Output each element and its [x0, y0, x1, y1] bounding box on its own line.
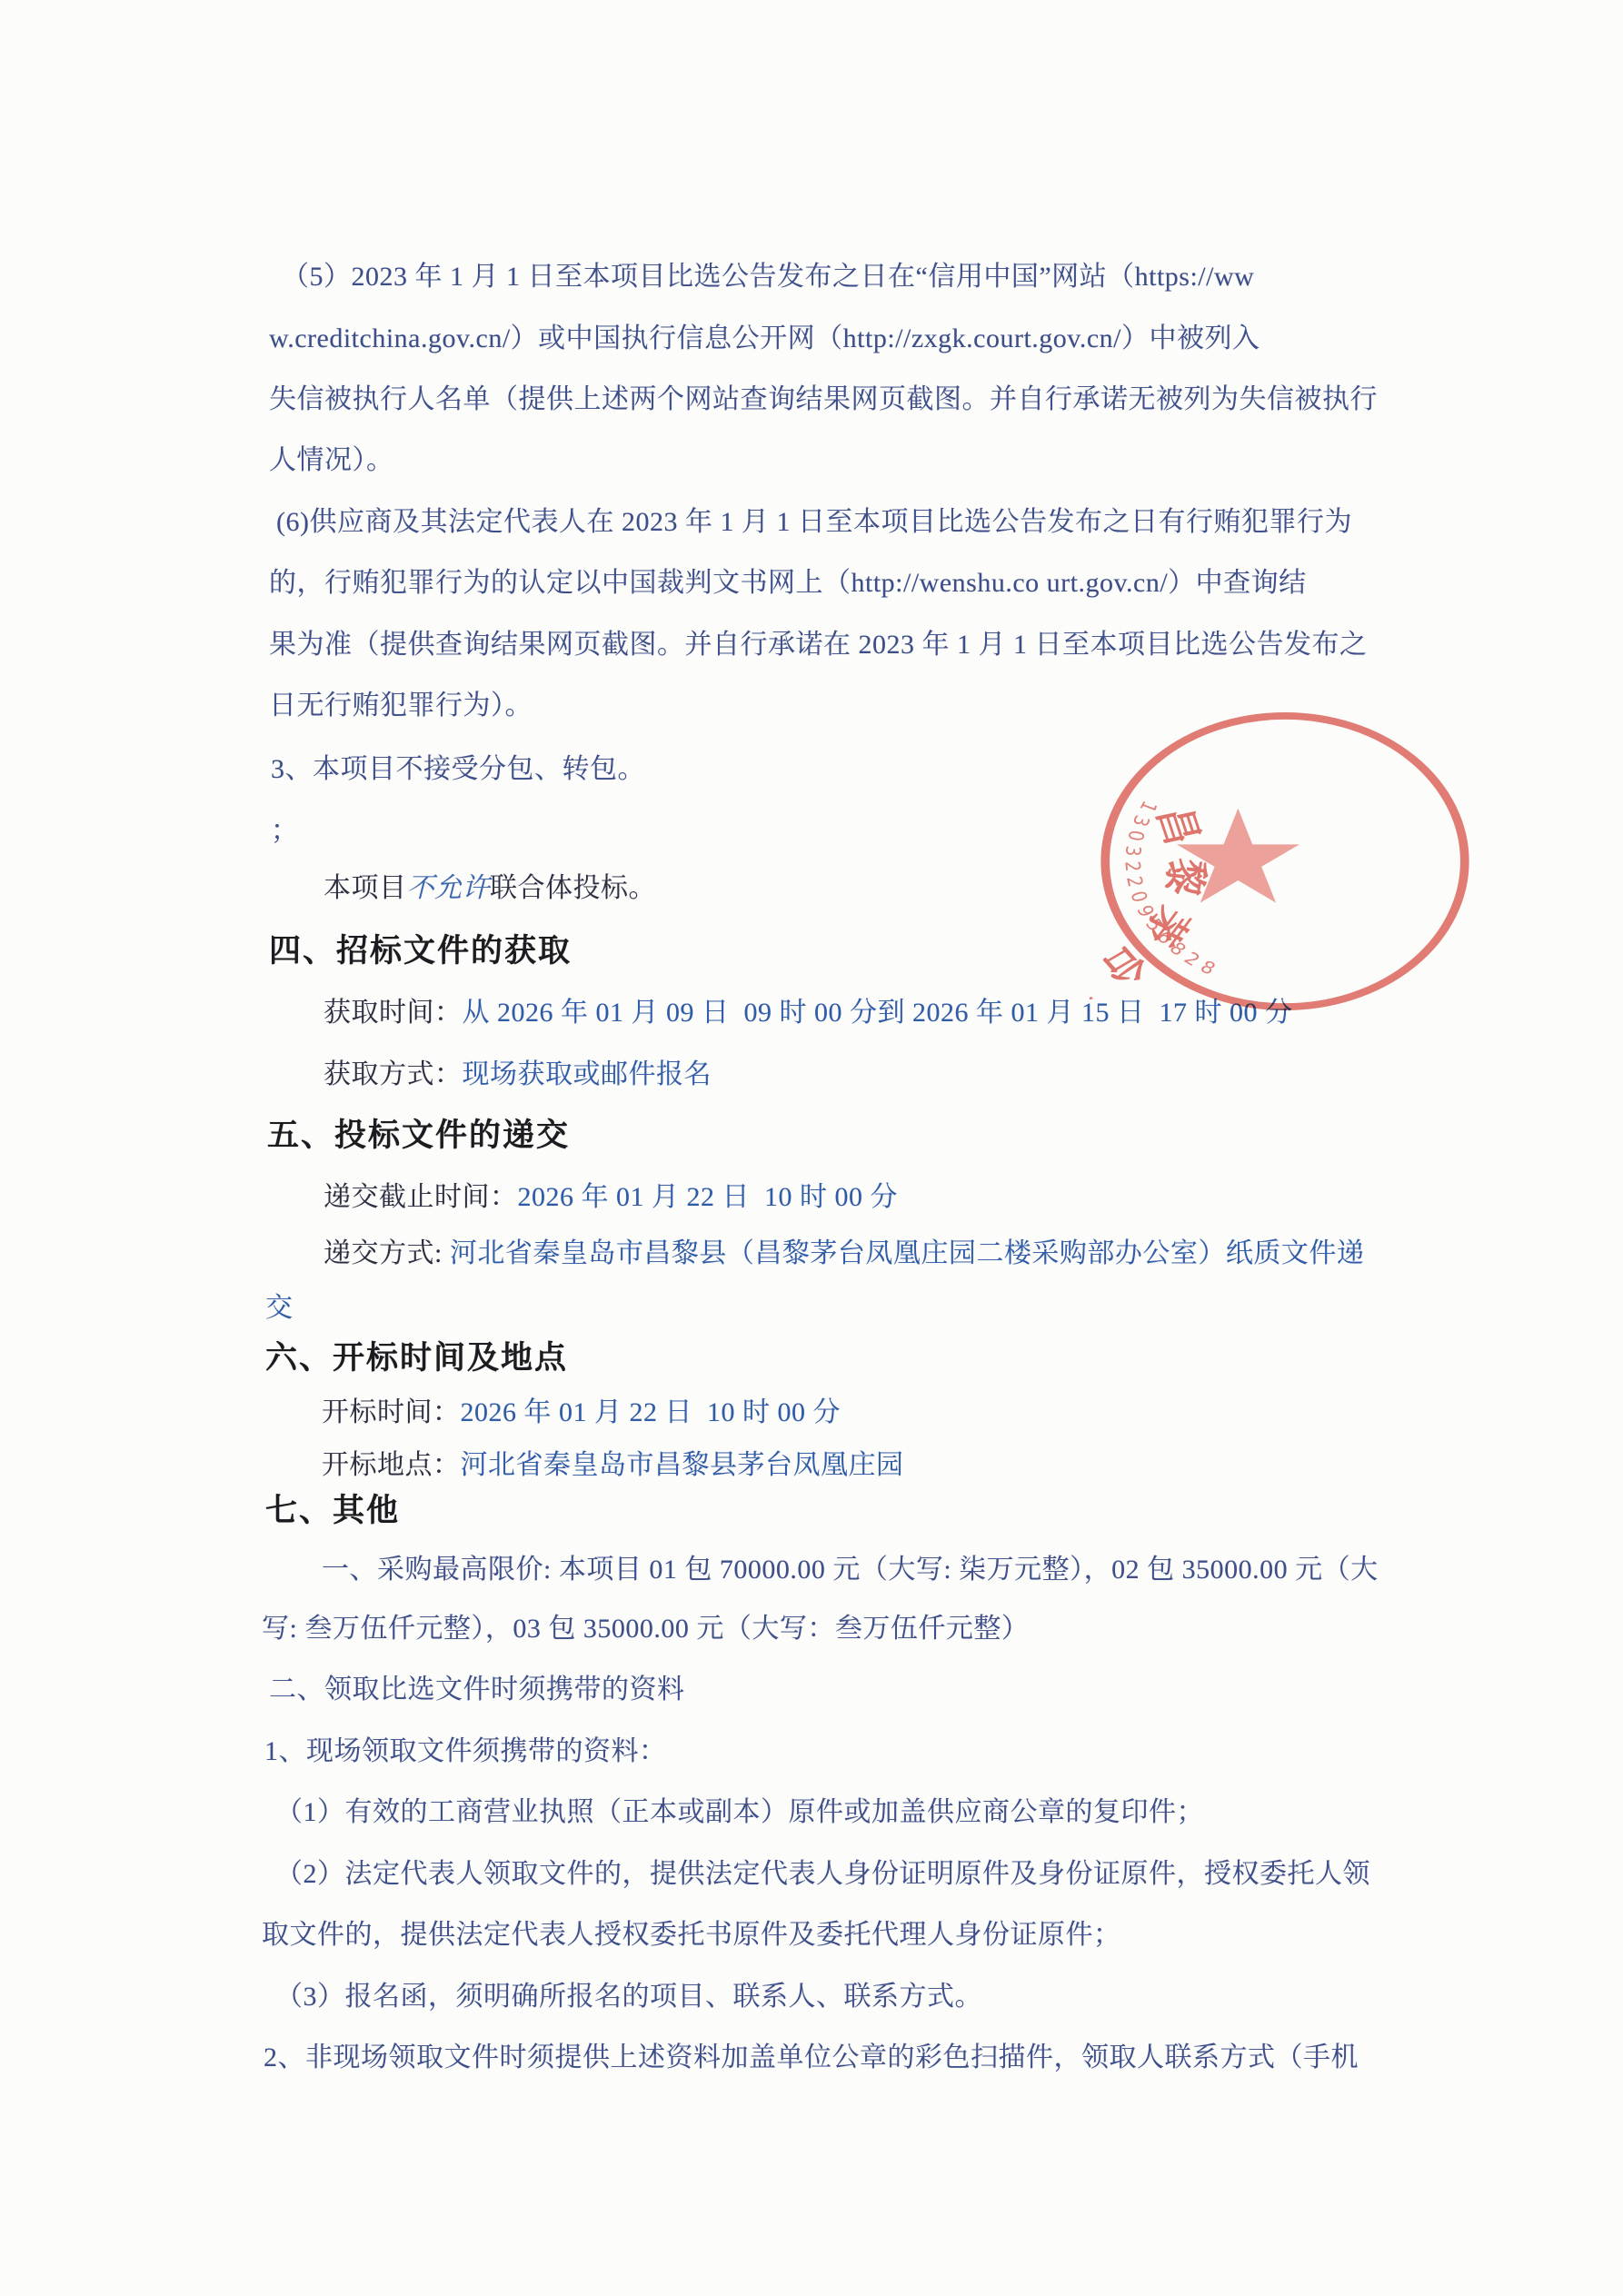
onsite-materials-line: 1、现场领取文件须携带的资料：: [264, 1734, 667, 1769]
submission-method-continuation: 交: [265, 1291, 294, 1326]
section-6-heading: 六、开标时间及地点: [265, 1339, 568, 1377]
obtain-method-line: 获取方式：现场获取或邮件报名: [324, 1058, 712, 1092]
clause-6-line-1: (6)供应商及其法定代表人在 2023 年 1 月 1 日至本项目比选公告发布之…: [276, 505, 1352, 540]
clause-6-line-2: 的，行贿犯罪行为的认定以中国裁判文书网上（http://wenshu.co ur…: [269, 566, 1307, 601]
bid-opening-time-line: 开标时间：2026 年 01 月 22 日 10 时 00 分: [322, 1396, 841, 1430]
text-segment-value: 交: [265, 1293, 294, 1323]
submission-deadline-line: 递交截止时间：2026 年 01 月 22 日 10 时 00 分: [324, 1180, 898, 1215]
clause-6-line-3: 果为准（提供查询结果网页截图。并自行承诺在 2023 年 1 月 1 日至本项目…: [269, 628, 1368, 662]
text-segment-body: ；: [271, 816, 299, 846]
text-segment-body: （3）报名函，须明确所报名的项目、联系人、联系方式。: [275, 1982, 982, 2012]
submission-method-line: 递交方式: 河北省秦皇岛市昌黎县（昌黎茅台凤凰庄园二楼采购部办公室）纸质文件递: [324, 1237, 1364, 1271]
text-segment-body: 人情况）。: [269, 445, 394, 475]
clause-5-line-2: w.creditchina.gov.cn/）或中国执行信息公开网（http://…: [269, 322, 1260, 356]
offsite-collection-line: 2、非现场领取文件时须提供上述资料加盖单位公章的彩色扫描件，领取人联系方式（手机: [264, 2041, 1359, 2075]
bid-opening-place-line: 开标地点：河北省秦皇岛市昌黎县茅台凤凰庄园: [322, 1448, 904, 1483]
text-segment-dark: 本项目: [324, 873, 407, 903]
text-segment-dark: 开标时间：: [322, 1397, 461, 1427]
text-segment-italic: 不允许: [407, 873, 491, 903]
text-segment-body: 二、领取比选文件时须携带的资料: [269, 1675, 685, 1705]
text-segment-value: 现场获取或邮件报名: [463, 1059, 712, 1089]
material-2-legal-rep-line-1: （2）法定代表人领取文件的，提供法定代表人身份证明原件及身份证原件，授权委托人领: [275, 1857, 1370, 1892]
stamp-ring: [1105, 716, 1465, 1007]
text-segment-body: 2、非现场领取文件时须提供上述资料加盖单位公章的彩色扫描件，领取人联系方式（手机: [264, 2043, 1359, 2072]
text-segment-body: 取文件的，提供法定代表人授权委托书原件及委托代理人身份证原件；: [262, 1920, 1121, 1950]
text-segment-body: 日无行贿犯罪行为）。: [269, 691, 533, 721]
text-segment-body: （1）有效的工商营业执照（正本或副本）原件或加盖供应商公章的复印件；: [275, 1797, 1204, 1827]
text-segment-dark: 递交方式:: [324, 1238, 450, 1268]
material-2-legal-rep-line-2: 取文件的，提供法定代表人授权委托书原件及委托代理人身份证原件；: [262, 1918, 1121, 1953]
text-segment-body: 失信被执行人名单（提供上述两个网站查询结果网页截图。并自行承诺无被列为失信被执行: [269, 384, 1378, 414]
text-segment-value: 河北省秦皇岛市昌黎县（昌黎茅台凤凰庄园二楼采购部办公室）纸质文件递: [450, 1238, 1365, 1268]
clause-5-line-4: 人情况）。: [269, 443, 394, 478]
max-price-line-2: 写: 叁万伍仟元整），03 包 35000.00 元（大写：叁万伍仟元整）: [262, 1612, 1029, 1646]
text-segment-body: (6)供应商及其法定代表人在 2023 年 1 月 1 日至本项目比选公告发布之…: [276, 507, 1352, 537]
text-segment-body: 3、本项目不接受分包、转包。: [271, 754, 645, 784]
material-1-license: （1）有效的工商营业执照（正本或副本）原件或加盖供应商公章的复印件；: [275, 1795, 1204, 1830]
section-7-heading: 七、其他: [265, 1492, 400, 1530]
text-segment-body: （2）法定代表人领取文件的，提供法定代表人身份证明原件及身份证原件，授权委托人领: [275, 1859, 1370, 1889]
stray-semicolon: ；: [271, 814, 299, 849]
text-segment-dark: 获取方式：: [324, 1059, 463, 1089]
text-segment-heading: 四、招标文件的获取: [269, 933, 572, 969]
section-4-heading: 四、招标文件的获取: [269, 932, 572, 970]
text-segment-dark: 联合体投标。: [490, 873, 656, 903]
material-3-application-letter: （3）报名函，须明确所报名的项目、联系人、联系方式。: [275, 1980, 982, 2014]
text-segment-heading: 六、开标时间及地点: [265, 1340, 568, 1376]
text-segment-value: 河北省秦皇岛市昌黎县茅台凤凰庄园: [461, 1450, 904, 1480]
text-segment-body: 1、现场领取文件须携带的资料：: [264, 1736, 667, 1766]
clause-6-line-4: 日无行贿犯罪行为）。: [269, 689, 533, 723]
materials-required-heading: 二、领取比选文件时须携带的资料: [269, 1673, 685, 1707]
max-price-line-1: 一、采购最高限价: 本项目 01 包 70000.00 元（大写: 柒万元整），…: [322, 1553, 1379, 1587]
text-segment-body: 果为准（提供查询结果网页截图。并自行承诺在 2023 年 1 月 1 日至本项目…: [269, 630, 1368, 660]
no-consortium-note: 本项目不允许联合体投标。: [324, 871, 656, 906]
company-seal-stamp: 昌黎茅台葡萄酒经贸有限公司 13032209568286: [1090, 703, 1480, 1019]
text-segment-body: 写: 叁万伍仟元整），03 包 35000.00 元（大写：叁万伍仟元整）: [262, 1614, 1029, 1644]
text-segment-heading: 七、其他: [265, 1493, 400, 1528]
scanned-document-page: （5）2023 年 1 月 1 日至本项目比选公告发布之日在“信用中国”网站（h…: [0, 0, 1623, 2296]
text-segment-body: w.creditchina.gov.cn/）或中国执行信息公开网（http://…: [269, 323, 1260, 353]
clause-5-line-3: 失信被执行人名单（提供上述两个网站查询结果网页截图。并自行承诺无被列为失信被执行: [269, 383, 1378, 417]
text-segment-heading: 五、投标文件的递交: [267, 1118, 570, 1153]
text-segment-body: 一、采购最高限价: 本项目 01 包 70000.00 元（大写: 柒万元整），…: [322, 1555, 1379, 1585]
text-segment-dark: 递交截止时间：: [324, 1182, 518, 1212]
clause-5-line-1: （5）2023 年 1 月 1 日至本项目比选公告发布之日在“信用中国”网站（h…: [282, 260, 1254, 294]
text-segment-dark: 获取时间：: [324, 998, 463, 1028]
item-3-no-subcontracting: 3、本项目不接受分包、转包。: [271, 752, 645, 787]
text-segment-dark: 开标地点：: [322, 1450, 461, 1480]
section-5-heading: 五、投标文件的递交: [267, 1117, 570, 1155]
text-segment-body: 的，行贿犯罪行为的认定以中国裁判文书网上（http://wenshu.co ur…: [269, 568, 1307, 598]
text-segment-value: 2026 年 01 月 22 日 10 时 00 分: [461, 1397, 841, 1427]
text-segment-body: （5）2023 年 1 月 1 日至本项目比选公告发布之日在“信用中国”网站（h…: [282, 262, 1254, 292]
text-segment-value: 2026 年 01 月 22 日 10 时 00 分: [518, 1182, 899, 1212]
